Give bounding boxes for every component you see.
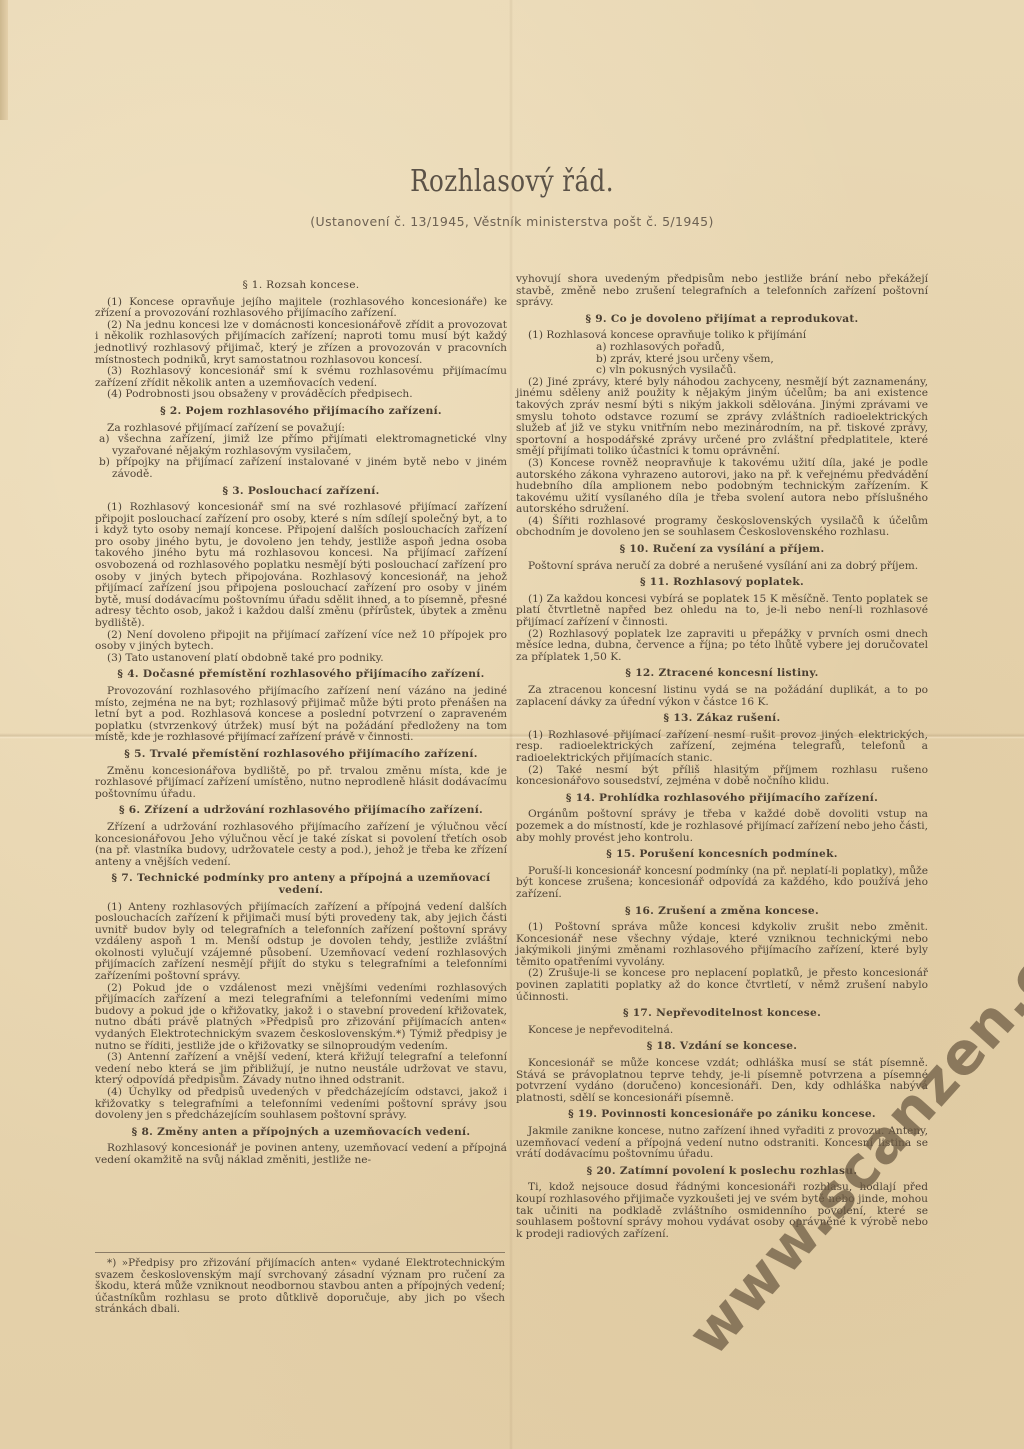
paragraph: (2) Není dovoleno připojit na přijímací … [95, 630, 507, 653]
section-heading-11: § 11. Rozhlasový poplatek. [516, 577, 928, 589]
section-heading-12: § 12. Ztracené koncesní listiny. [516, 668, 928, 680]
section-heading-14: § 14. Prohlídka rozhlasového přijímacího… [516, 793, 928, 805]
paragraph: (4) Úchylky od předpisů uvedených v před… [95, 1087, 507, 1122]
paragraph: Rozhlasový koncesionář je povinen anteny… [95, 1143, 507, 1166]
paragraph: Koncesionář se může koncese vzdát; odhlá… [516, 1058, 928, 1104]
section-heading-3: § 3. Poslouchací zařízení. [95, 486, 507, 498]
list-item: c) vln pokusných vysilačů. [596, 365, 928, 377]
paragraph: (2) Také nesmí být příliš hlasitým příjm… [516, 765, 928, 788]
paragraph: (3) Antenní zařízení a vnější vedení, kt… [95, 1052, 507, 1087]
document-subtitle: (Ustanovení č. 13/1945, Věstník minister… [0, 214, 1024, 229]
section-heading-1: § 1. Rozsah koncese. [95, 280, 507, 292]
paragraph: (4) Podrobnosti jsou obsaženy v prováděc… [95, 389, 507, 401]
paragraph: (2) Rozhlasový poplatek lze zapraviti u … [516, 629, 928, 664]
paper-edge [0, 0, 8, 120]
paragraph: Za ztracenou koncesní listinu vydá se na… [516, 685, 928, 708]
paragraph: Změnu koncesionářova bydliště, po př. tr… [95, 766, 507, 801]
footnote: *) »Předpisy pro zřizování přijímacích a… [95, 1258, 505, 1316]
right-column: vyhovují shora uvedeným předpisům nebo j… [516, 274, 928, 1240]
paragraph: Poštovní správa neručí za dobré a neruše… [516, 561, 928, 573]
list-item: b) přípojky na přijímací zařízení instal… [99, 457, 507, 480]
paragraph: (2) Zrušuje-li se koncese pro neplacení … [516, 968, 928, 1003]
paragraph: (1) Anteny rozhlasových přijímacích zaří… [95, 902, 507, 983]
paragraph: (3) Koncese rovněž neopravňuje k takovém… [516, 458, 928, 516]
section-heading-5: § 5. Trvalé přemístění rozhlasového přij… [95, 749, 507, 761]
paragraph: (2) Jiné zprávy, které byly náhodou zach… [516, 377, 928, 458]
section-heading-17: § 17. Nepřevoditelnost koncese. [516, 1008, 928, 1020]
section-heading-13: § 13. Zákaz rušení. [516, 713, 928, 725]
section-heading-4: § 4. Dočasné přemístění rozhlasového při… [95, 669, 507, 681]
paragraph-continuation: vyhovují shora uvedeným předpisům nebo j… [516, 274, 928, 309]
paragraph: (1) Poštovní správa může koncesi kdykoli… [516, 922, 928, 968]
paragraph: (2) Pokud jde o vzdálenost mezi vnějšími… [95, 983, 507, 1053]
paragraph: (1) Rozhlasové přijímací zařízení nesmí … [516, 730, 928, 765]
paragraph: (1) Rozhlasový koncesionář smí na své ro… [95, 502, 507, 630]
permitted-list: a) rozhlasových pořadů, b) zpráv, které … [596, 342, 928, 377]
section-heading-8: § 8. Změny anten a přípojných a uzemňova… [95, 1127, 507, 1139]
paragraph: Koncese je nepřevoditelná. [516, 1025, 928, 1037]
section-heading-15: § 15. Porušení koncesních podmínek. [516, 849, 928, 861]
paragraph: (4) Šířiti rozhlasové programy českoslov… [516, 516, 928, 539]
footnote-divider [95, 1252, 505, 1253]
left-column: § 1. Rozsah koncese. (1) Koncese opravňu… [95, 275, 507, 1167]
paragraph: (1) Za každou koncesi vybírá se poplatek… [516, 594, 928, 629]
section-heading-10: § 10. Ručení za vysílání a příjem. [516, 544, 928, 556]
paragraph: (3) Tato ustanovení platí obdobně také p… [95, 653, 507, 665]
paragraph: Zřízení a udržování rozhlasového přijíma… [95, 822, 507, 868]
section-heading-16: § 16. Zrušení a změna koncese. [516, 906, 928, 918]
section-heading-2: § 2. Pojem rozhlasového přijímacího zaří… [95, 406, 507, 418]
paragraph: (1) Koncese opravňuje jejího majitele (r… [95, 297, 507, 320]
paragraph: Orgánům poštovní správy je třeba v každé… [516, 809, 928, 844]
document-title: Rozhlasový řád. [92, 164, 932, 199]
section-heading-7: § 7. Technické podmínky pro anteny a pří… [95, 873, 507, 896]
paragraph: Provozování rozhlasového přijímacího zař… [95, 686, 507, 744]
section-heading-18: § 18. Vzdání se koncese. [516, 1041, 928, 1053]
section-heading-6: § 6. Zřízení a udržování rozhlasového př… [95, 805, 507, 817]
definition-list: a) všechna zařízení, jimiž lze přímo při… [99, 434, 507, 480]
list-item: a) všechna zařízení, jimiž lze přímo při… [99, 434, 507, 457]
paragraph: (2) Na jednu koncesi lze v domácnosti ko… [95, 320, 507, 366]
paragraph: Poruší-li koncesionář koncesní podmínky … [516, 866, 928, 901]
section-heading-9: § 9. Co je dovoleno přijímat a reproduko… [516, 314, 928, 326]
list-item: a) rozhlasových pořadů, [596, 342, 928, 354]
footnote-text: *) »Předpisy pro zřizování přijímacích a… [95, 1258, 505, 1316]
paragraph: (3) Rozhlasový koncesionář smí k svému r… [95, 366, 507, 389]
